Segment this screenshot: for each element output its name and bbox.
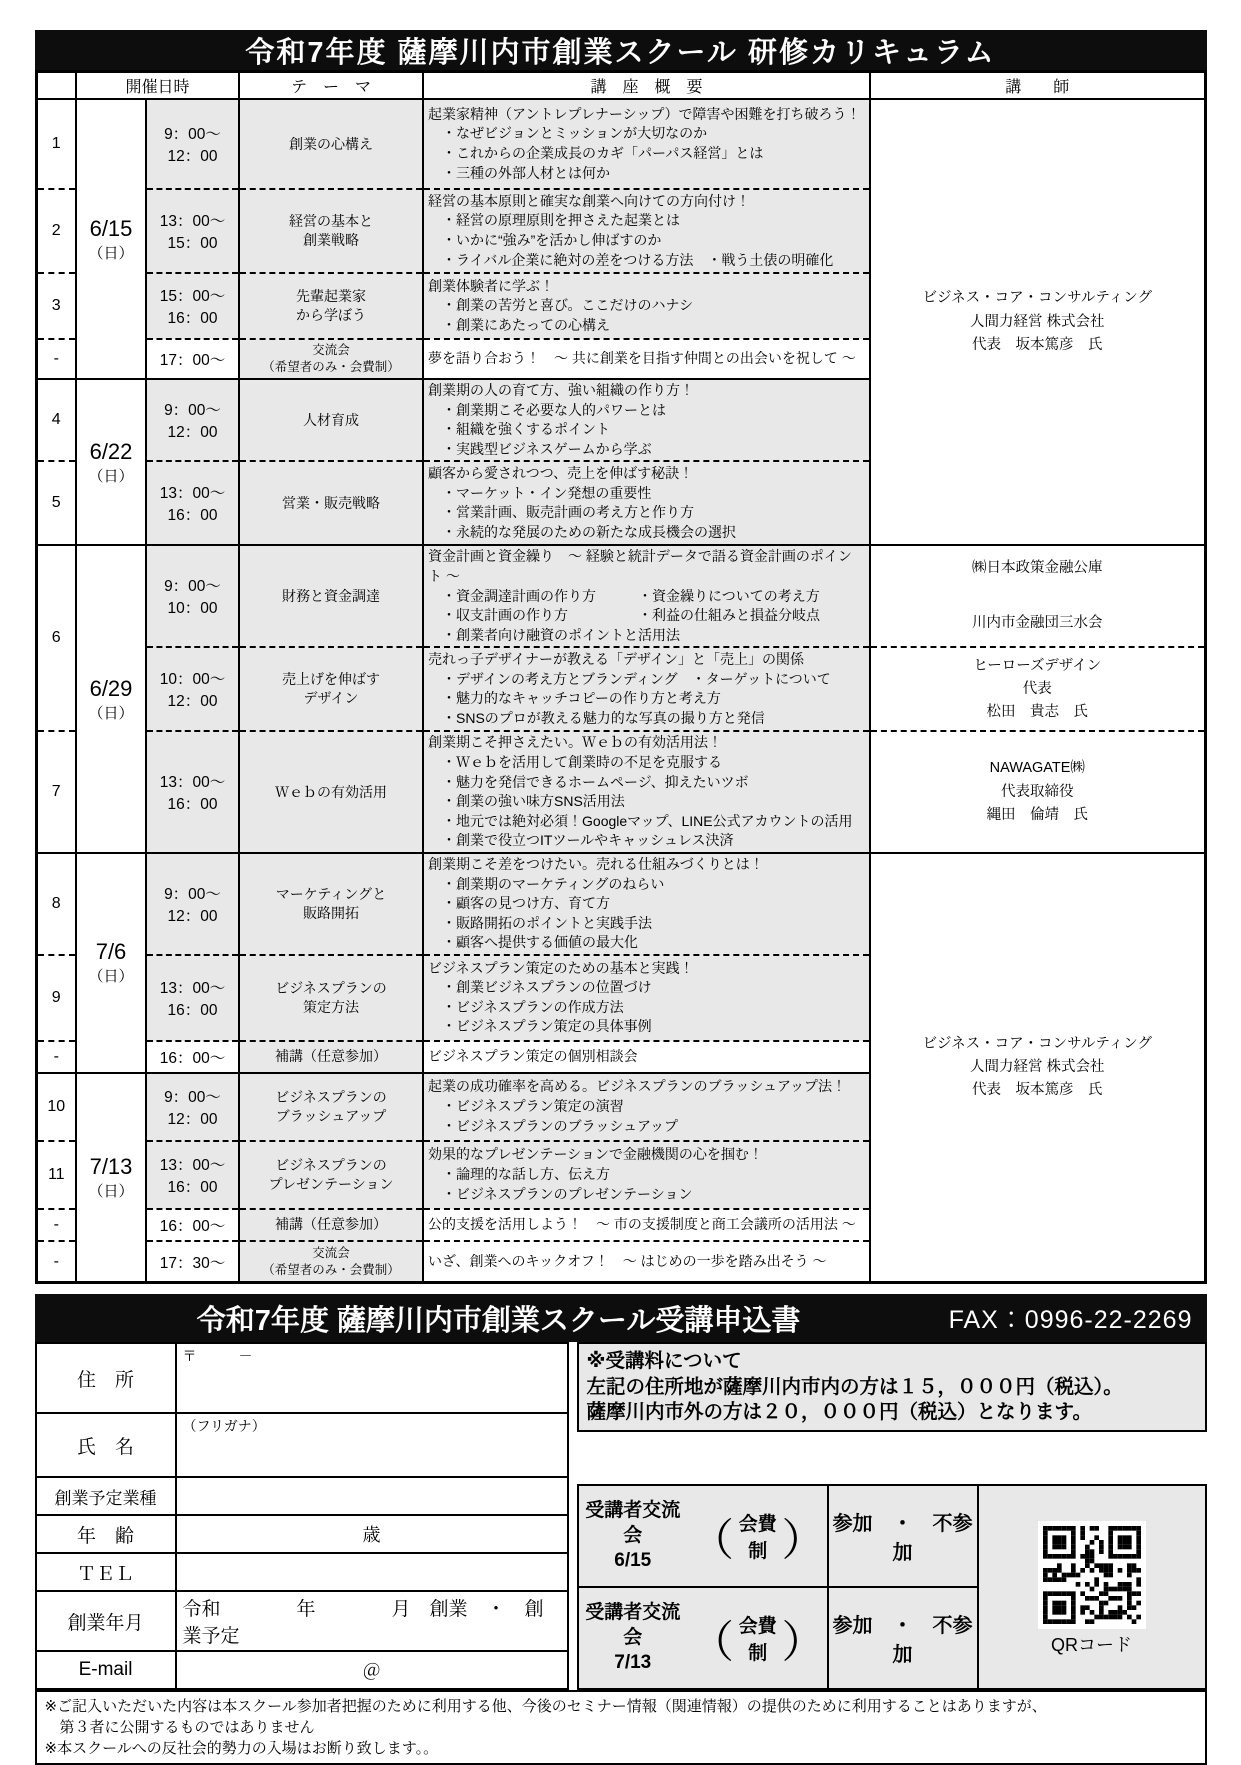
business-type-field[interactable]	[176, 1477, 568, 1515]
session-time: 13：00～ 15：00	[146, 189, 239, 273]
session-theme: 創業の心構え	[239, 99, 423, 189]
instructor-cell: ㈱日本政策金融公庫 川内市金融団三水会	[870, 545, 1205, 647]
session-date: 7/6（日）	[76, 853, 146, 1073]
form-right-panel: ※受講料について 左記の住所地が薩摩川内市内の方は１５，０００円（税込）。 薩摩…	[577, 1342, 1207, 1690]
session-time: 17：30～	[146, 1241, 239, 1283]
col-header-overview: 講 座 概 要	[423, 72, 870, 100]
email-field[interactable]: ＠	[176, 1651, 568, 1689]
session-no: -	[36, 339, 76, 379]
business-type-label: 創業予定業種	[36, 1477, 176, 1515]
instructor-cell: NAWAGATE㈱ 代表取締役 縄田 倫靖 氏	[870, 731, 1205, 853]
session-time: 9：00～ 12：00	[146, 1073, 239, 1141]
session-no: 8	[36, 853, 76, 955]
session-theme: マーケティングと 販路開拓	[239, 853, 423, 955]
tel-label: ＴＥＬ	[36, 1553, 176, 1591]
session-date: 7/13（日）	[76, 1073, 146, 1283]
session-overview: 公的支援を活用しよう！ ～ 市の支援制度と商工会議所の活用法 ～	[423, 1209, 870, 1241]
address-field[interactable]: 〒 －	[176, 1343, 568, 1413]
fee-system-badge: 会費制	[690, 1504, 825, 1568]
session-theme: Ｗｅｂの有効活用	[239, 731, 423, 853]
session-no: 11	[36, 1141, 76, 1209]
session-theme: 先輩起業家 から学ぼう	[239, 273, 423, 339]
session-time: 17：00～	[146, 339, 239, 379]
qr-cell: QRコード	[978, 1485, 1206, 1689]
session-no: -	[36, 1241, 76, 1283]
session-overview: いざ、創業へのキックオフ！ ～ はじめの一歩を踏み出そう ～	[423, 1241, 870, 1283]
page: 令和7年度 薩摩川内市創業スクール 研修カリキュラム 開催日時 テ ー マ 講 …	[35, 0, 1207, 1765]
session-theme: 営業・販売戦略	[239, 461, 423, 545]
session-overview: 創業体験者に学ぶ！ ・創業の苦労と喜び。ここだけのハナシ ・創業にあたっての心構…	[423, 273, 870, 339]
col-header-theme: テ ー マ	[239, 72, 423, 100]
founding-date-label: 創業年月	[36, 1591, 176, 1651]
session-no: 2	[36, 189, 76, 273]
application-form-title-bar: 令和7年度 薩摩川内市創業スクール受講申込書 FAX：0996-22-2269	[35, 1294, 1207, 1342]
fee-system-badge: 会費制	[690, 1606, 825, 1670]
name-field[interactable]: （フリガナ）	[176, 1413, 568, 1477]
age-label: 年 齢	[36, 1515, 176, 1553]
table-row: 7 13：00～ 16：00 Ｗｅｂの有効活用 創業期こそ押さえたい。Ｗｅｂの有…	[36, 731, 1205, 853]
session-overview: 起業家精神（アントレプレナーシップ）で障害や困難を打ち破ろう！ ・なぜビジョンと…	[423, 99, 870, 189]
table-row: 1 6/15（日） 9：00～ 12：00 創業の心構え 起業家精神（アントレプ…	[36, 99, 1205, 189]
page-title: 令和7年度 薩摩川内市創業スクール 研修カリキュラム	[35, 30, 1207, 70]
session-time: 10：00～ 12：00	[146, 647, 239, 731]
session-no: 10	[36, 1073, 76, 1141]
session-time: 16：00～	[146, 1041, 239, 1073]
form-row-age: 年 齢 歳	[36, 1515, 568, 1553]
session-theme: 人材育成	[239, 379, 423, 461]
fee-notice: ※受講料について 左記の住所地が薩摩川内市内の方は１５，０００円（税込）。 薩摩…	[577, 1342, 1207, 1432]
table-header-row: 開催日時 テ ー マ 講 座 概 要 講 師	[36, 72, 1205, 100]
instructor-cell: ビジネス・コア・コンサルティング 人間力経営 株式会社 代表 坂本篤彦 氏	[870, 853, 1205, 1283]
application-form: 住 所 〒 － 氏 名 （フリガナ） 創業予定業種 年 齢 歳 ＴＥＬ 創業年月	[35, 1342, 1207, 1690]
session-overview: 売れっ子デザイナーが教える「デザイン」と「売上」の関係 ・デザインの考え方とブラ…	[423, 647, 870, 731]
session-no: -	[36, 1209, 76, 1241]
form-row-name: 氏 名 （フリガナ）	[36, 1413, 568, 1477]
session-time: 9：00～ 12：00	[146, 379, 239, 461]
session-overview: 経営の基本原則と確実な創業へ向けての方向付け！ ・経営の原理原則を押さえた起業と…	[423, 189, 870, 273]
session-no: 7	[36, 731, 76, 853]
session-theme: 補講（任意参加）	[239, 1041, 423, 1073]
session-no: -	[36, 1041, 76, 1073]
session-time: 13：00～ 16：00	[146, 1141, 239, 1209]
session-time: 9：00～ 10：00	[146, 545, 239, 647]
meeting-choice-table: 受講者交流会 6/15 会費制 参加 ・ 不参加 QRコード 受講者交流会 7/…	[577, 1484, 1207, 1690]
instructor-cell: ヒーローズデザイン 代表 松田 貴志 氏	[870, 647, 1205, 731]
age-field[interactable]: 歳	[176, 1515, 568, 1553]
application-form-title: 令和7年度 薩摩川内市創業スクール受講申込書	[49, 1298, 949, 1339]
session-theme: ビジネスプランの 策定方法	[239, 955, 423, 1041]
session-no: 9	[36, 955, 76, 1041]
session-overview: 起業の成功確率を高める。ビジネスプランのブラッシュアップ法！ ・ビジネスプラン策…	[423, 1073, 870, 1141]
session-date: 6/29（日）	[76, 545, 146, 853]
session-overview: 創業期こそ差をつけたい。売れる仕組みづくりとは！ ・創業期のマーケティングのねら…	[423, 853, 870, 955]
session-theme: 財務と資金調達	[239, 545, 423, 647]
session-no: 6	[36, 545, 76, 731]
form-row-email: E-mail ＠	[36, 1651, 568, 1689]
col-header-no	[36, 72, 76, 100]
meeting-615-label-cell: 受講者交流会 6/15 会費制	[578, 1485, 828, 1587]
session-time: 13：00～ 16：00	[146, 955, 239, 1041]
session-theme: 交流会 （希望者のみ・会費制）	[239, 1241, 423, 1283]
session-time: 16：00～	[146, 1209, 239, 1241]
qr-label: QRコード	[980, 1631, 1204, 1657]
session-theme: 売上げを伸ばす デザイン	[239, 647, 423, 731]
session-time: 15：00～ 16：00	[146, 273, 239, 339]
session-overview: 顧客から愛されつつ、売上を伸ばす秘訣！ ・マーケット・イン発想の重要性 ・営業計…	[423, 461, 870, 545]
table-row: 8 7/6（日） 9：00～ 12：00 マーケティングと 販路開拓 創業期こそ…	[36, 853, 1205, 955]
meeting-615-choice[interactable]: 参加 ・ 不参加	[828, 1485, 978, 1587]
session-theme: 交流会 （希望者のみ・会費制）	[239, 339, 423, 379]
name-label: 氏 名	[36, 1413, 176, 1477]
col-header-datetime: 開催日時	[76, 72, 239, 100]
session-time: 9：00～ 12：00	[146, 99, 239, 189]
session-overview: 効果的なプレゼンテーションで金融機関の心を掴む！ ・論理的な話し方、伝え方 ・ビ…	[423, 1141, 870, 1209]
form-fields-table: 住 所 〒 － 氏 名 （フリガナ） 創業予定業種 年 齢 歳 ＴＥＬ 創業年月	[35, 1342, 569, 1690]
table-row: 6 6/29（日） 9：00～ 10：00 財務と資金調達 資金計画と資金繰り …	[36, 545, 1205, 647]
meeting-713-label-cell: 受講者交流会 7/13 会費制	[578, 1587, 828, 1689]
address-label: 住 所	[36, 1343, 176, 1413]
session-overview: 創業期こそ押さえたい。Ｗｅｂの有効活用法！ ・Ｗｅｂを活用して創業時の不足を克服…	[423, 731, 870, 853]
instructor-cell: ビジネス・コア・コンサルティング 人間力経営 株式会社 代表 坂本篤彦 氏	[870, 99, 1205, 545]
session-no: 3	[36, 273, 76, 339]
session-overview: 創業期の人の育て方、強い組織の作り方！ ・創業期こそ必要な人的パワーとは ・組織…	[423, 379, 870, 461]
session-date: 6/22（日）	[76, 379, 146, 545]
session-no: 4	[36, 379, 76, 461]
form-row-tel: ＴＥＬ	[36, 1553, 568, 1591]
fax-number: FAX：0996-22-2269	[949, 1300, 1193, 1336]
session-theme: ビジネスプランの ブラッシュアップ	[239, 1073, 423, 1141]
session-theme: ビジネスプランの プレゼンテーション	[239, 1141, 423, 1209]
session-time: 13：00～ 16：00	[146, 731, 239, 853]
session-overview: ビジネスプラン策定のための基本と実践！ ・創業ビジネスプランの位置づけ ・ビジネ…	[423, 955, 870, 1041]
meeting-615-label: 受講者交流会 6/15	[580, 1499, 687, 1573]
meeting-713-choice[interactable]: 参加 ・ 不参加	[828, 1587, 978, 1689]
form-row-address: 住 所 〒 －	[36, 1343, 568, 1413]
form-row-founding-date: 創業年月 令和 年 月 創業 ・ 創業予定	[36, 1591, 568, 1651]
session-date: 6/15（日）	[76, 99, 146, 379]
meeting-row-615: 受講者交流会 6/15 会費制 参加 ・ 不参加 QRコード	[578, 1485, 1206, 1587]
session-overview: 夢を語り合おう！ ～ 共に創業を目指す仲間との出会いを祝して ～	[423, 339, 870, 379]
session-no: 1	[36, 99, 76, 189]
session-time: 13：00～ 16：00	[146, 461, 239, 545]
session-overview: ビジネスプラン策定の個別相談会	[423, 1041, 870, 1073]
session-no: 5	[36, 461, 76, 545]
form-row-business-type: 創業予定業種	[36, 1477, 568, 1515]
curriculum-table: 開催日時 テ ー マ 講 座 概 要 講 師 1 6/15（日） 9：00～ 1…	[35, 70, 1207, 1284]
session-theme: 経営の基本と 創業戦略	[239, 189, 423, 273]
col-header-instructor: 講 師	[870, 72, 1205, 100]
session-theme: 補講（任意参加）	[239, 1209, 423, 1241]
founding-date-field[interactable]: 令和 年 月 創業 ・ 創業予定	[176, 1591, 568, 1651]
meeting-713-label: 受講者交流会 7/13	[580, 1601, 687, 1675]
email-label: E-mail	[36, 1651, 176, 1689]
privacy-footnote: ※ご記入いただいた内容は本スクール参加者把握のために利用する他、今後のセミナー情…	[35, 1690, 1207, 1765]
session-overview: 資金計画と資金繰り ～ 経験と統計データで語る資金計画のポイント ～ ・資金調達…	[423, 545, 870, 647]
session-time: 9：00～ 12：00	[146, 853, 239, 955]
table-row: 10：00～ 12：00 売上げを伸ばす デザイン 売れっ子デザイナーが教える「…	[36, 647, 1205, 731]
tel-field[interactable]	[176, 1553, 568, 1591]
qr-code	[1038, 1521, 1146, 1629]
